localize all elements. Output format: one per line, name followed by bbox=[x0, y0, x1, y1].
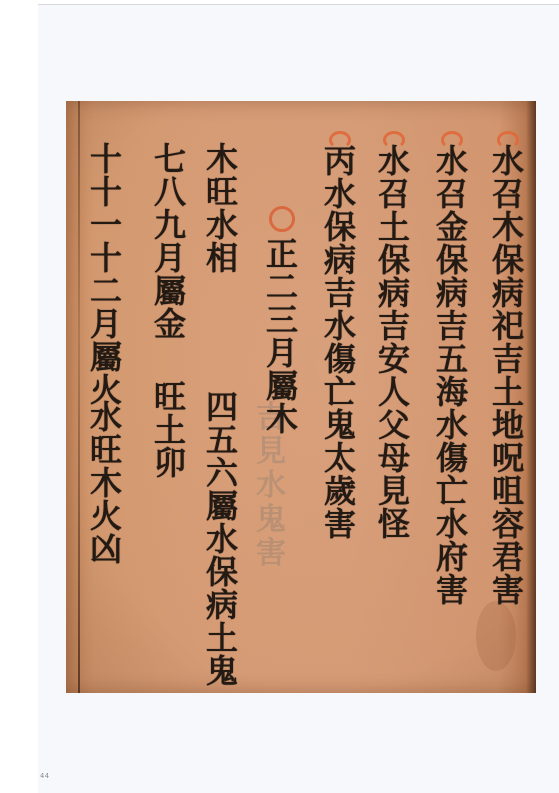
calligraphy-glyph: 木 bbox=[84, 467, 128, 500]
calligraphy-glyph: 鬼 bbox=[200, 655, 244, 688]
text-column-7-top: 七八九月屬金 bbox=[148, 143, 192, 341]
red-circle-mark bbox=[441, 131, 463, 149]
calligraphy-glyph: 傷 bbox=[318, 343, 362, 376]
page-left-margin bbox=[0, 0, 38, 793]
page-number: 44 bbox=[40, 772, 49, 780]
calligraphy-glyph: 二 bbox=[84, 275, 128, 308]
calligraphy-glyph: 保 bbox=[372, 244, 416, 277]
calligraphy-glyph: 土 bbox=[486, 376, 530, 409]
column-text: 水召金保病吉五海水傷亡水府害 bbox=[430, 145, 474, 607]
calligraphy-glyph: 害 bbox=[430, 574, 474, 607]
ghost-glyph: 害 bbox=[256, 537, 286, 571]
calligraphy-glyph: 地 bbox=[486, 409, 530, 442]
calligraphy-glyph: 人 bbox=[372, 376, 416, 409]
calligraphy-glyph: 水 bbox=[486, 145, 530, 178]
column-text: 水召木保病祀吉土地呪咀容君害 bbox=[486, 145, 530, 607]
calligraphy-glyph: 召 bbox=[372, 178, 416, 211]
calligraphy-glyph: 君 bbox=[486, 541, 530, 574]
calligraphy-glyph: 吉 bbox=[372, 310, 416, 343]
calligraphy-glyph: 吉 bbox=[318, 277, 362, 310]
manuscript-folio: 吉見水鬼害 水召木保病祀吉土地呪咀容君害 水召金保病吉五海水傷亡水府害 水召土保… bbox=[66, 101, 536, 693]
column-text: 丙水保病吉水傷亡鬼太歲害 bbox=[318, 145, 362, 541]
calligraphy-glyph: 二 bbox=[260, 271, 304, 304]
calligraphy-glyph: 見 bbox=[372, 475, 416, 508]
calligraphy-glyph: 旺 bbox=[200, 176, 244, 209]
calligraphy-glyph: 海 bbox=[430, 376, 474, 409]
calligraphy-glyph: 月 bbox=[84, 308, 128, 341]
text-column-1: 水召木保病祀吉土地呪咀容君害 bbox=[486, 131, 530, 607]
calligraphy-glyph: 凶 bbox=[84, 533, 128, 566]
calligraphy-glyph: 月 bbox=[260, 337, 304, 370]
calligraphy-glyph: 五 bbox=[430, 343, 474, 376]
calligraphy-glyph: 父 bbox=[372, 409, 416, 442]
calligraphy-glyph: 木 bbox=[486, 211, 530, 244]
calligraphy-glyph: 病 bbox=[318, 244, 362, 277]
calligraphy-glyph: 丙 bbox=[318, 145, 362, 178]
calligraphy-glyph: 屬 bbox=[260, 370, 304, 403]
calligraphy-glyph: 保 bbox=[486, 244, 530, 277]
calligraphy-glyph: 屬 bbox=[148, 275, 192, 308]
calligraphy-glyph: 金 bbox=[430, 211, 474, 244]
red-circle-mark bbox=[269, 206, 295, 232]
column-text: 水召土保病吉安人父母見怪 bbox=[372, 145, 416, 541]
calligraphy-glyph: 月 bbox=[148, 242, 192, 275]
calligraphy-glyph: 亡 bbox=[318, 376, 362, 409]
calligraphy-glyph: 病 bbox=[430, 277, 474, 310]
calligraphy-glyph: 土 bbox=[148, 414, 192, 447]
calligraphy-glyph: 三 bbox=[260, 304, 304, 337]
calligraphy-glyph: 相 bbox=[200, 242, 244, 275]
column-text: 十十一十二月屬火 bbox=[84, 143, 128, 407]
calligraphy-glyph: 太 bbox=[318, 442, 362, 475]
calligraphy-glyph: 旺 bbox=[84, 434, 128, 467]
calligraphy-glyph: 卯 bbox=[148, 447, 192, 480]
text-column-4: 丙水保病吉水傷亡鬼太歲害 bbox=[318, 131, 362, 541]
calligraphy-glyph: 屬 bbox=[84, 341, 128, 374]
column-text: 水旺木火凶 bbox=[84, 401, 128, 566]
text-column-6-bottom: 四五六屬水保病土鬼 bbox=[200, 391, 244, 688]
calligraphy-glyph: 保 bbox=[318, 211, 362, 244]
calligraphy-glyph: 十 bbox=[84, 176, 128, 209]
calligraphy-glyph: 水 bbox=[84, 401, 128, 434]
calligraphy-glyph: 水 bbox=[430, 145, 474, 178]
calligraphy-glyph: 水 bbox=[430, 508, 474, 541]
calligraphy-glyph: 害 bbox=[486, 574, 530, 607]
calligraphy-glyph: 病 bbox=[486, 277, 530, 310]
calligraphy-glyph: 鬼 bbox=[318, 409, 362, 442]
calligraphy-glyph: 木 bbox=[200, 143, 244, 176]
calligraphy-glyph: 咀 bbox=[486, 475, 530, 508]
text-column-8-top: 十十一十二月屬火 bbox=[84, 143, 128, 407]
red-circle-mark bbox=[383, 131, 405, 149]
calligraphy-glyph: 土 bbox=[372, 211, 416, 244]
text-column-3: 水召土保病吉安人父母見怪 bbox=[372, 131, 416, 541]
calligraphy-glyph: 六 bbox=[200, 457, 244, 490]
text-column-5: 正二三月屬木 bbox=[260, 206, 304, 436]
calligraphy-glyph: 害 bbox=[318, 508, 362, 541]
text-column-2: 水召金保病吉五海水傷亡水府害 bbox=[430, 131, 474, 607]
calligraphy-glyph: 召 bbox=[486, 178, 530, 211]
calligraphy-glyph: 九 bbox=[148, 209, 192, 242]
calligraphy-glyph: 金 bbox=[148, 308, 192, 341]
water-stain bbox=[476, 601, 516, 671]
calligraphy-glyph: 呪 bbox=[486, 442, 530, 475]
column-text: 旺土卯 bbox=[148, 381, 192, 480]
calligraphy-glyph: 保 bbox=[200, 556, 244, 589]
calligraphy-glyph: 怪 bbox=[372, 508, 416, 541]
text-column-8-bottom: 水旺木火凶 bbox=[84, 401, 128, 566]
calligraphy-glyph: 十 bbox=[84, 143, 128, 176]
calligraphy-glyph: 病 bbox=[200, 589, 244, 622]
calligraphy-glyph: 吉 bbox=[430, 310, 474, 343]
red-circle-mark bbox=[497, 131, 519, 149]
column-text: 正二三月屬木 bbox=[260, 238, 304, 436]
calligraphy-glyph: 祀 bbox=[486, 310, 530, 343]
red-circle-mark bbox=[329, 131, 351, 149]
ghost-glyph: 見 bbox=[256, 435, 286, 469]
calligraphy-glyph: 容 bbox=[486, 508, 530, 541]
calligraphy-glyph: 木 bbox=[260, 403, 304, 436]
calligraphy-glyph: 水 bbox=[200, 523, 244, 556]
calligraphy-glyph: 土 bbox=[200, 622, 244, 655]
column-text: 七八九月屬金 bbox=[148, 143, 192, 341]
calligraphy-glyph: 母 bbox=[372, 442, 416, 475]
text-column-7-bottom: 旺土卯 bbox=[148, 381, 192, 480]
calligraphy-glyph: 病 bbox=[372, 277, 416, 310]
calligraphy-glyph: 水 bbox=[318, 310, 362, 343]
calligraphy-glyph: 亡 bbox=[430, 475, 474, 508]
calligraphy-glyph: 四 bbox=[200, 391, 244, 424]
calligraphy-glyph: 水 bbox=[318, 178, 362, 211]
calligraphy-glyph: 安 bbox=[372, 343, 416, 376]
calligraphy-glyph: 水 bbox=[430, 409, 474, 442]
ghost-glyph: 水 bbox=[256, 469, 286, 503]
column-text: 四五六屬水保病土鬼 bbox=[200, 391, 244, 688]
calligraphy-glyph: 水 bbox=[372, 145, 416, 178]
calligraphy-glyph: 正 bbox=[260, 238, 304, 271]
calligraphy-glyph: 召 bbox=[430, 178, 474, 211]
calligraphy-glyph: 歲 bbox=[318, 475, 362, 508]
calligraphy-glyph: 八 bbox=[148, 176, 192, 209]
calligraphy-glyph: 保 bbox=[430, 244, 474, 277]
calligraphy-glyph: 七 bbox=[148, 143, 192, 176]
calligraphy-glyph: 旺 bbox=[148, 381, 192, 414]
ghost-glyph: 鬼 bbox=[256, 503, 286, 537]
calligraphy-glyph: 水 bbox=[200, 209, 244, 242]
calligraphy-glyph: 一 bbox=[84, 209, 128, 242]
calligraphy-glyph: 五 bbox=[200, 424, 244, 457]
calligraphy-glyph: 吉 bbox=[486, 343, 530, 376]
text-column-6-top: 木旺水相 bbox=[200, 143, 244, 275]
calligraphy-glyph: 傷 bbox=[430, 442, 474, 475]
calligraphy-glyph: 屬 bbox=[200, 490, 244, 523]
calligraphy-glyph: 府 bbox=[430, 541, 474, 574]
column-text: 木旺水相 bbox=[200, 143, 244, 275]
calligraphy-glyph: 十 bbox=[84, 242, 128, 275]
calligraphy-glyph: 火 bbox=[84, 500, 128, 533]
